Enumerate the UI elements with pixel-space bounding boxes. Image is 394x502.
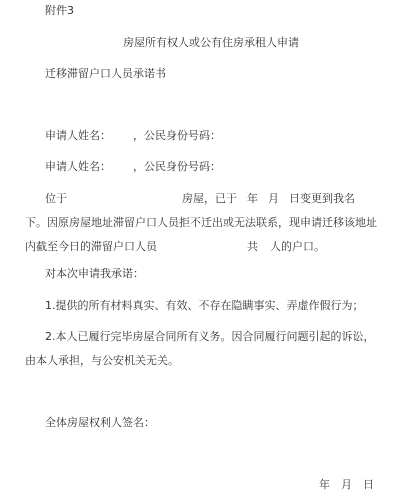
attachment-label: 附件3 <box>45 4 74 18</box>
applicant-1-row: 申请人姓名：，公民身份号码： <box>45 129 221 143</box>
promise-item-2: 2.本人已履行完毕房屋合同所有义务。因合同履行问题引起的诉讼， <box>45 330 375 344</box>
promise-intro: 对本次申请我承诺： <box>45 267 144 281</box>
promise-item-1: 1.提供的所有材料真实、有效、不存在隐瞒事实、弄虚作假行为； <box>45 299 364 313</box>
statement-total: 共 <box>247 240 258 253</box>
date-row: 年月日 <box>319 478 374 492</box>
date-day: 日 <box>363 478 374 491</box>
document-title-line1: 房屋所有权人或公有住房承租人申请 <box>123 36 299 50</box>
statement-house: 房屋，已于 <box>182 192 237 205</box>
applicant-2-id-label: ，公民身份号码： <box>133 160 221 173</box>
statement-year: 年 <box>247 192 258 205</box>
date-month: 月 <box>341 478 352 491</box>
document-title-line2: 迁移滞留户口人员承诺书 <box>45 67 166 81</box>
statement-day-changed: 日变更到我名 <box>289 192 355 205</box>
statement-line3: 内截至今日的滞留户口人员共人的户口。 <box>25 240 325 254</box>
applicant-2-row: 申请人姓名：，公民身份号码： <box>45 160 221 174</box>
date-year: 年 <box>319 478 330 491</box>
applicant-2-name-label: 申请人姓名： <box>45 160 111 173</box>
signature-label: 全体房屋权利人签名： <box>45 416 155 430</box>
statement-residents: 内截至今日的滞留户口人员 <box>25 240 157 253</box>
statement-month: 月 <box>268 192 279 205</box>
statement-households: 人的户口。 <box>270 240 325 253</box>
applicant-1-id-label: ，公民身份号码： <box>133 129 221 142</box>
applicant-1-name-label: 申请人姓名： <box>45 129 111 142</box>
statement-located-at: 位于 <box>45 192 67 205</box>
statement-line1: 位于房屋，已于年月日变更到我名 <box>45 192 355 206</box>
promise-item-2-cont: 由本人承担，与公安机关无关。 <box>25 354 179 368</box>
statement-line2: 下。因原房屋地址滞留户口人员拒不迁出或无法联系，现申请迁移该地址 <box>25 216 377 230</box>
